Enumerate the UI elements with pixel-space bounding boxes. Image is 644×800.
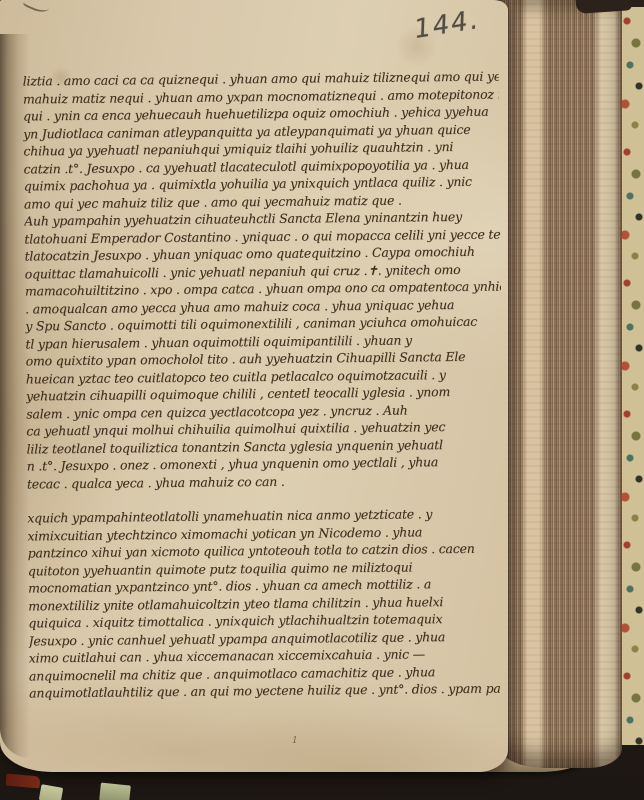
corner-pen-mark — [22, 0, 51, 16]
text-line: anquimotlatlauhtiliz que . an qui mo yec… — [29, 679, 505, 701]
ribbon-marker — [39, 784, 63, 800]
cover-edge — [6, 774, 41, 789]
text-block: liztia . amo caci ca ca quiznequi . yhua… — [23, 68, 506, 721]
page-number: 144. — [412, 1, 506, 45]
page-leaf: 144. liztia . amo caci ca ca quiznequi .… — [0, 0, 508, 772]
paragraph-2: Auh ypampahin yyehuatzin cihuateuhctli S… — [24, 208, 503, 493]
fore-edge-pages — [497, 0, 622, 768]
ribbon-marker — [99, 782, 131, 800]
paragraph-3: xquich ypampahinteotlatolli ynamehuatin … — [27, 505, 505, 702]
manuscript-photo: 144. liztia . amo caci ca ca quiznequi .… — [0, 0, 644, 800]
paragraph-1: liztia . amo caci ca ca quiznequi . yhua… — [23, 68, 500, 213]
signature-mark: 1 — [292, 736, 298, 746]
marbled-endpaper — [621, 7, 644, 745]
